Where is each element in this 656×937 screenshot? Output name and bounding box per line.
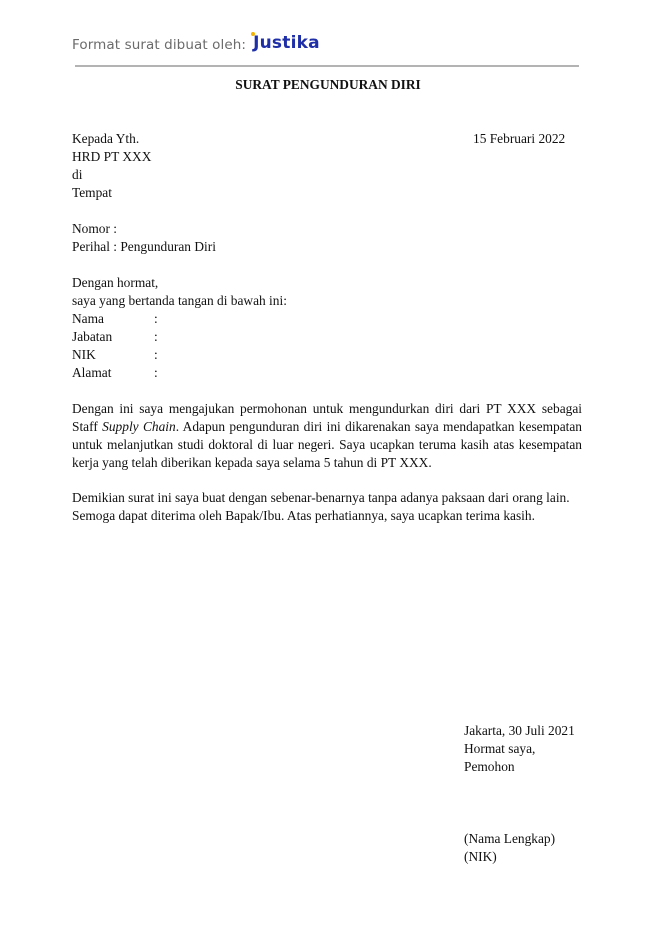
role: Pemohon — [464, 758, 575, 776]
field-jabatan: Jabatan : — [72, 328, 287, 346]
field-separator: : — [154, 364, 158, 382]
field-label: Alamat — [72, 364, 154, 382]
field-separator: : — [154, 346, 158, 364]
text: . Adapun pengunduran diri ini dikarenaka… — [176, 419, 582, 434]
paragraph-line: Staff Supply Chain. Adapun pengunduran d… — [72, 418, 582, 436]
field-label: Nama — [72, 310, 154, 328]
signer-name: (Nama Lengkap) — [464, 830, 555, 848]
reference-block: Nomor : Perihal : Pengunduran Diri — [72, 220, 216, 256]
signer-nik: (NIK) — [464, 848, 555, 866]
intro-line: saya yang bertanda tangan di bawah ini: — [72, 292, 287, 310]
field-label: Jabatan — [72, 328, 154, 346]
perihal-line: Perihal : Pengunduran Diri — [72, 238, 216, 256]
signature-block: (Nama Lengkap) (NIK) — [464, 830, 555, 866]
paragraph-line: Semoga dapat diterima oleh Bapak/Ibu. At… — [72, 507, 582, 525]
closing-block: Jakarta, 30 Juli 2021 Hormat saya, Pemoh… — [464, 722, 575, 776]
letter-date: 15 Februari 2022 — [473, 130, 565, 148]
body-paragraph-2: Demikian surat ini saya buat dengan sebe… — [72, 489, 582, 525]
header-divider — [75, 65, 579, 67]
recipient-block: Kepada Yth. HRD PT XXX di Tempat — [72, 130, 151, 202]
place-date: Jakarta, 30 Juli 2021 — [464, 722, 575, 740]
recipient-line: HRD PT XXX — [72, 148, 151, 166]
field-alamat: Alamat : — [72, 364, 287, 382]
recipient-line: Kepada Yth. — [72, 130, 151, 148]
paragraph-line: untuk melanjutkan studi doktoral di luar… — [72, 436, 582, 454]
field-separator: : — [154, 328, 158, 346]
paragraph-line: Dengan ini saya mengajukan permohonan un… — [72, 400, 582, 418]
page-header: Format surat dibuat oleh: Justika — [72, 34, 320, 56]
italic-text: Supply Chain — [102, 419, 176, 434]
text: Staff — [72, 419, 102, 434]
nomor-line: Nomor : — [72, 220, 216, 238]
field-label: NIK — [72, 346, 154, 364]
field-separator: : — [154, 310, 158, 328]
greeting: Dengan hormat, — [72, 274, 287, 292]
field-nik: NIK : — [72, 346, 287, 364]
brand-name: Justika — [253, 33, 320, 53]
recipient-line: di — [72, 166, 151, 184]
identity-block: Dengan hormat, saya yang bertanda tangan… — [72, 274, 287, 382]
body-paragraph-1: Dengan ini saya mengajukan permohonan un… — [72, 400, 582, 472]
regards: Hormat saya, — [464, 740, 575, 758]
paragraph-line: kerja yang telah diberikan kepada saya s… — [72, 454, 582, 472]
field-nama: Nama : — [72, 310, 287, 328]
letter-title: SURAT PENGUNDURAN DIRI — [0, 76, 656, 94]
header-label: Format surat dibuat oleh: — [72, 37, 246, 53]
recipient-line: Tempat — [72, 184, 151, 202]
justika-logo: Justika — [253, 33, 320, 53]
paragraph-line: Demikian surat ini saya buat dengan sebe… — [72, 489, 582, 507]
